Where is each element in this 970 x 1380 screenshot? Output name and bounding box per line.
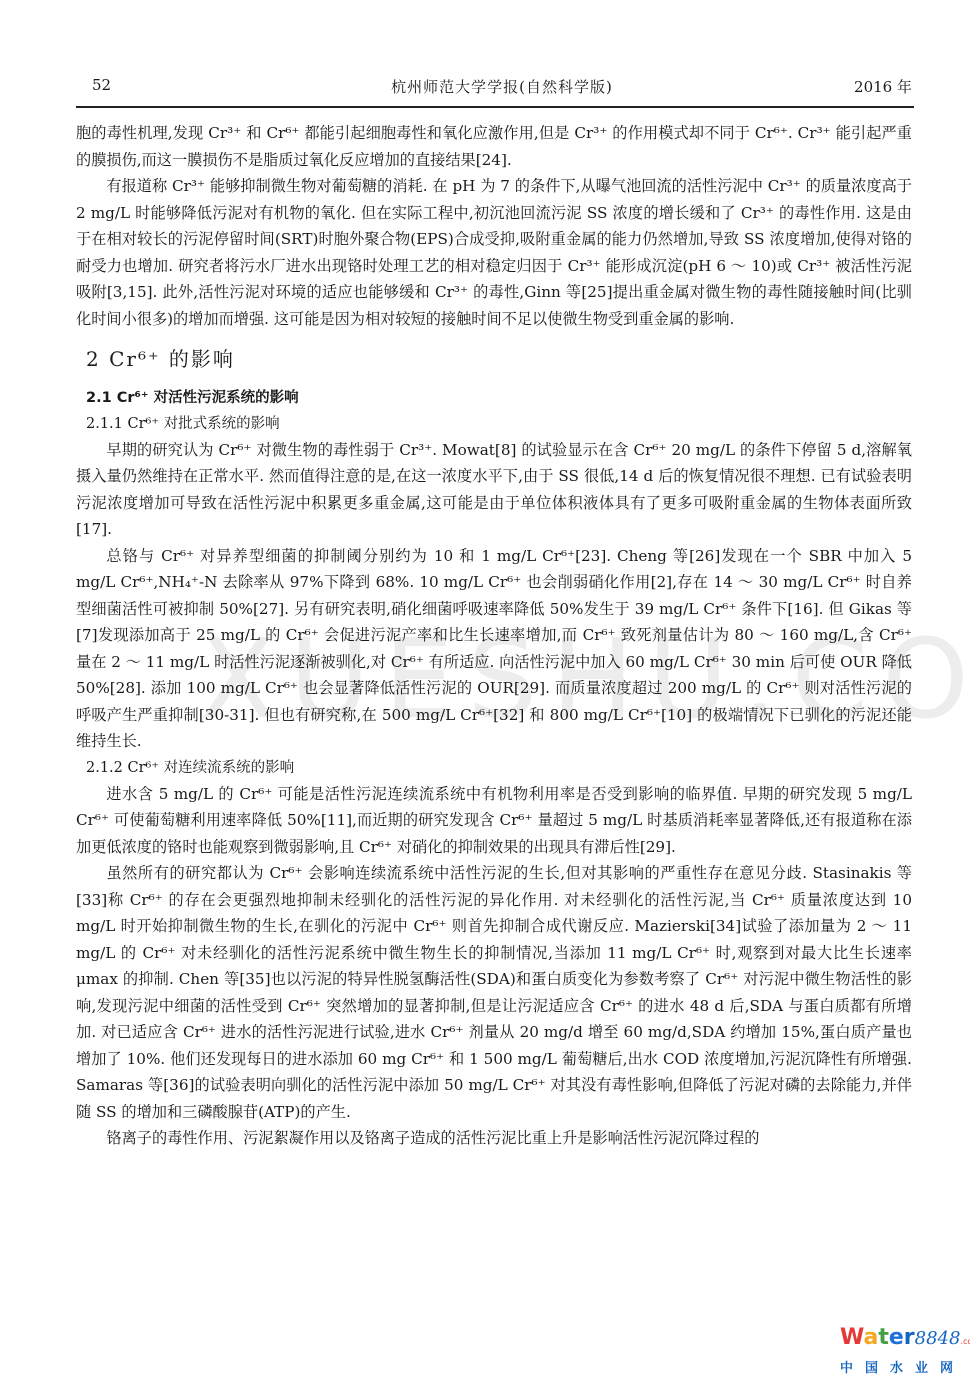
logo-letter: W <box>840 1325 863 1350</box>
logo-domain: .com <box>960 1337 970 1346</box>
paragraph-3: 早期的研究认为 Cr⁶⁺ 对微生物的毒性弱于 Cr³⁺. Mowat[8] 的试… <box>76 437 912 543</box>
paragraph-6: 虽然所有的研究都认为 Cr⁶⁺ 会影响连续流系统中活性污泥的生长,但对其影响的严… <box>76 860 912 1125</box>
logo-letter: a <box>863 1325 878 1350</box>
section-heading-2: 2 Cr⁶⁺ 的影响 <box>86 346 912 373</box>
publication-year: 2016 年 <box>854 76 912 97</box>
running-header: 52 杭州师范大学学报(自然科学版) 2016 年 <box>92 76 912 100</box>
paragraph-1: 胞的毒性机理,发现 Cr³⁺ 和 Cr⁶⁺ 都能引起细胞毒性和氧化应激作用,但是… <box>76 120 912 173</box>
section-heading-2-1: 2.1 Cr⁶⁺ 对活性污泥系统的影响 <box>86 385 912 411</box>
logo-wordmark: Water8848.com <box>840 1327 965 1353</box>
section-heading-2-1-1: 2.1.1 Cr⁶⁺ 对批式系统的影响 <box>86 411 912 437</box>
logo-chinese-name: 中国水业网 <box>840 1357 965 1376</box>
logo-letter: e <box>889 1325 904 1350</box>
header-rule <box>76 106 914 108</box>
paragraph-2: 有报道称 Cr³⁺ 能够抑制微生物对葡萄糖的消耗. 在 pH 为 7 的条件下,… <box>76 173 912 332</box>
article-body: 胞的毒性机理,发现 Cr³⁺ 和 Cr⁶⁺ 都能引起细胞毒性和氧化应激作用,但是… <box>76 120 912 1152</box>
logo-number: 8848 <box>915 1328 961 1349</box>
paragraph-5: 进水含 5 mg/L 的 Cr⁶⁺ 可能是活性污泥连续流系统中有机物利用率是否受… <box>76 781 912 861</box>
logo-letter: t <box>878 1325 889 1350</box>
water8848-logo: Water8848.com 中国水业网 <box>840 1327 965 1376</box>
paragraph-4: 总铬与 Cr⁶⁺ 对异养型细菌的抑制阈分别约为 10 和 1 mg/L Cr⁶⁺… <box>76 543 912 755</box>
journal-title: 杭州师范大学学报(自然科学版) <box>92 76 912 97</box>
logo-letter: r <box>904 1325 915 1350</box>
paragraph-7: 铬离子的毒性作用、污泥絮凝作用以及铬离子造成的活性污泥比重上升是影响活性污泥沉降… <box>76 1125 912 1152</box>
section-heading-2-1-2: 2.1.2 Cr⁶⁺ 对连续流系统的影响 <box>86 755 912 781</box>
